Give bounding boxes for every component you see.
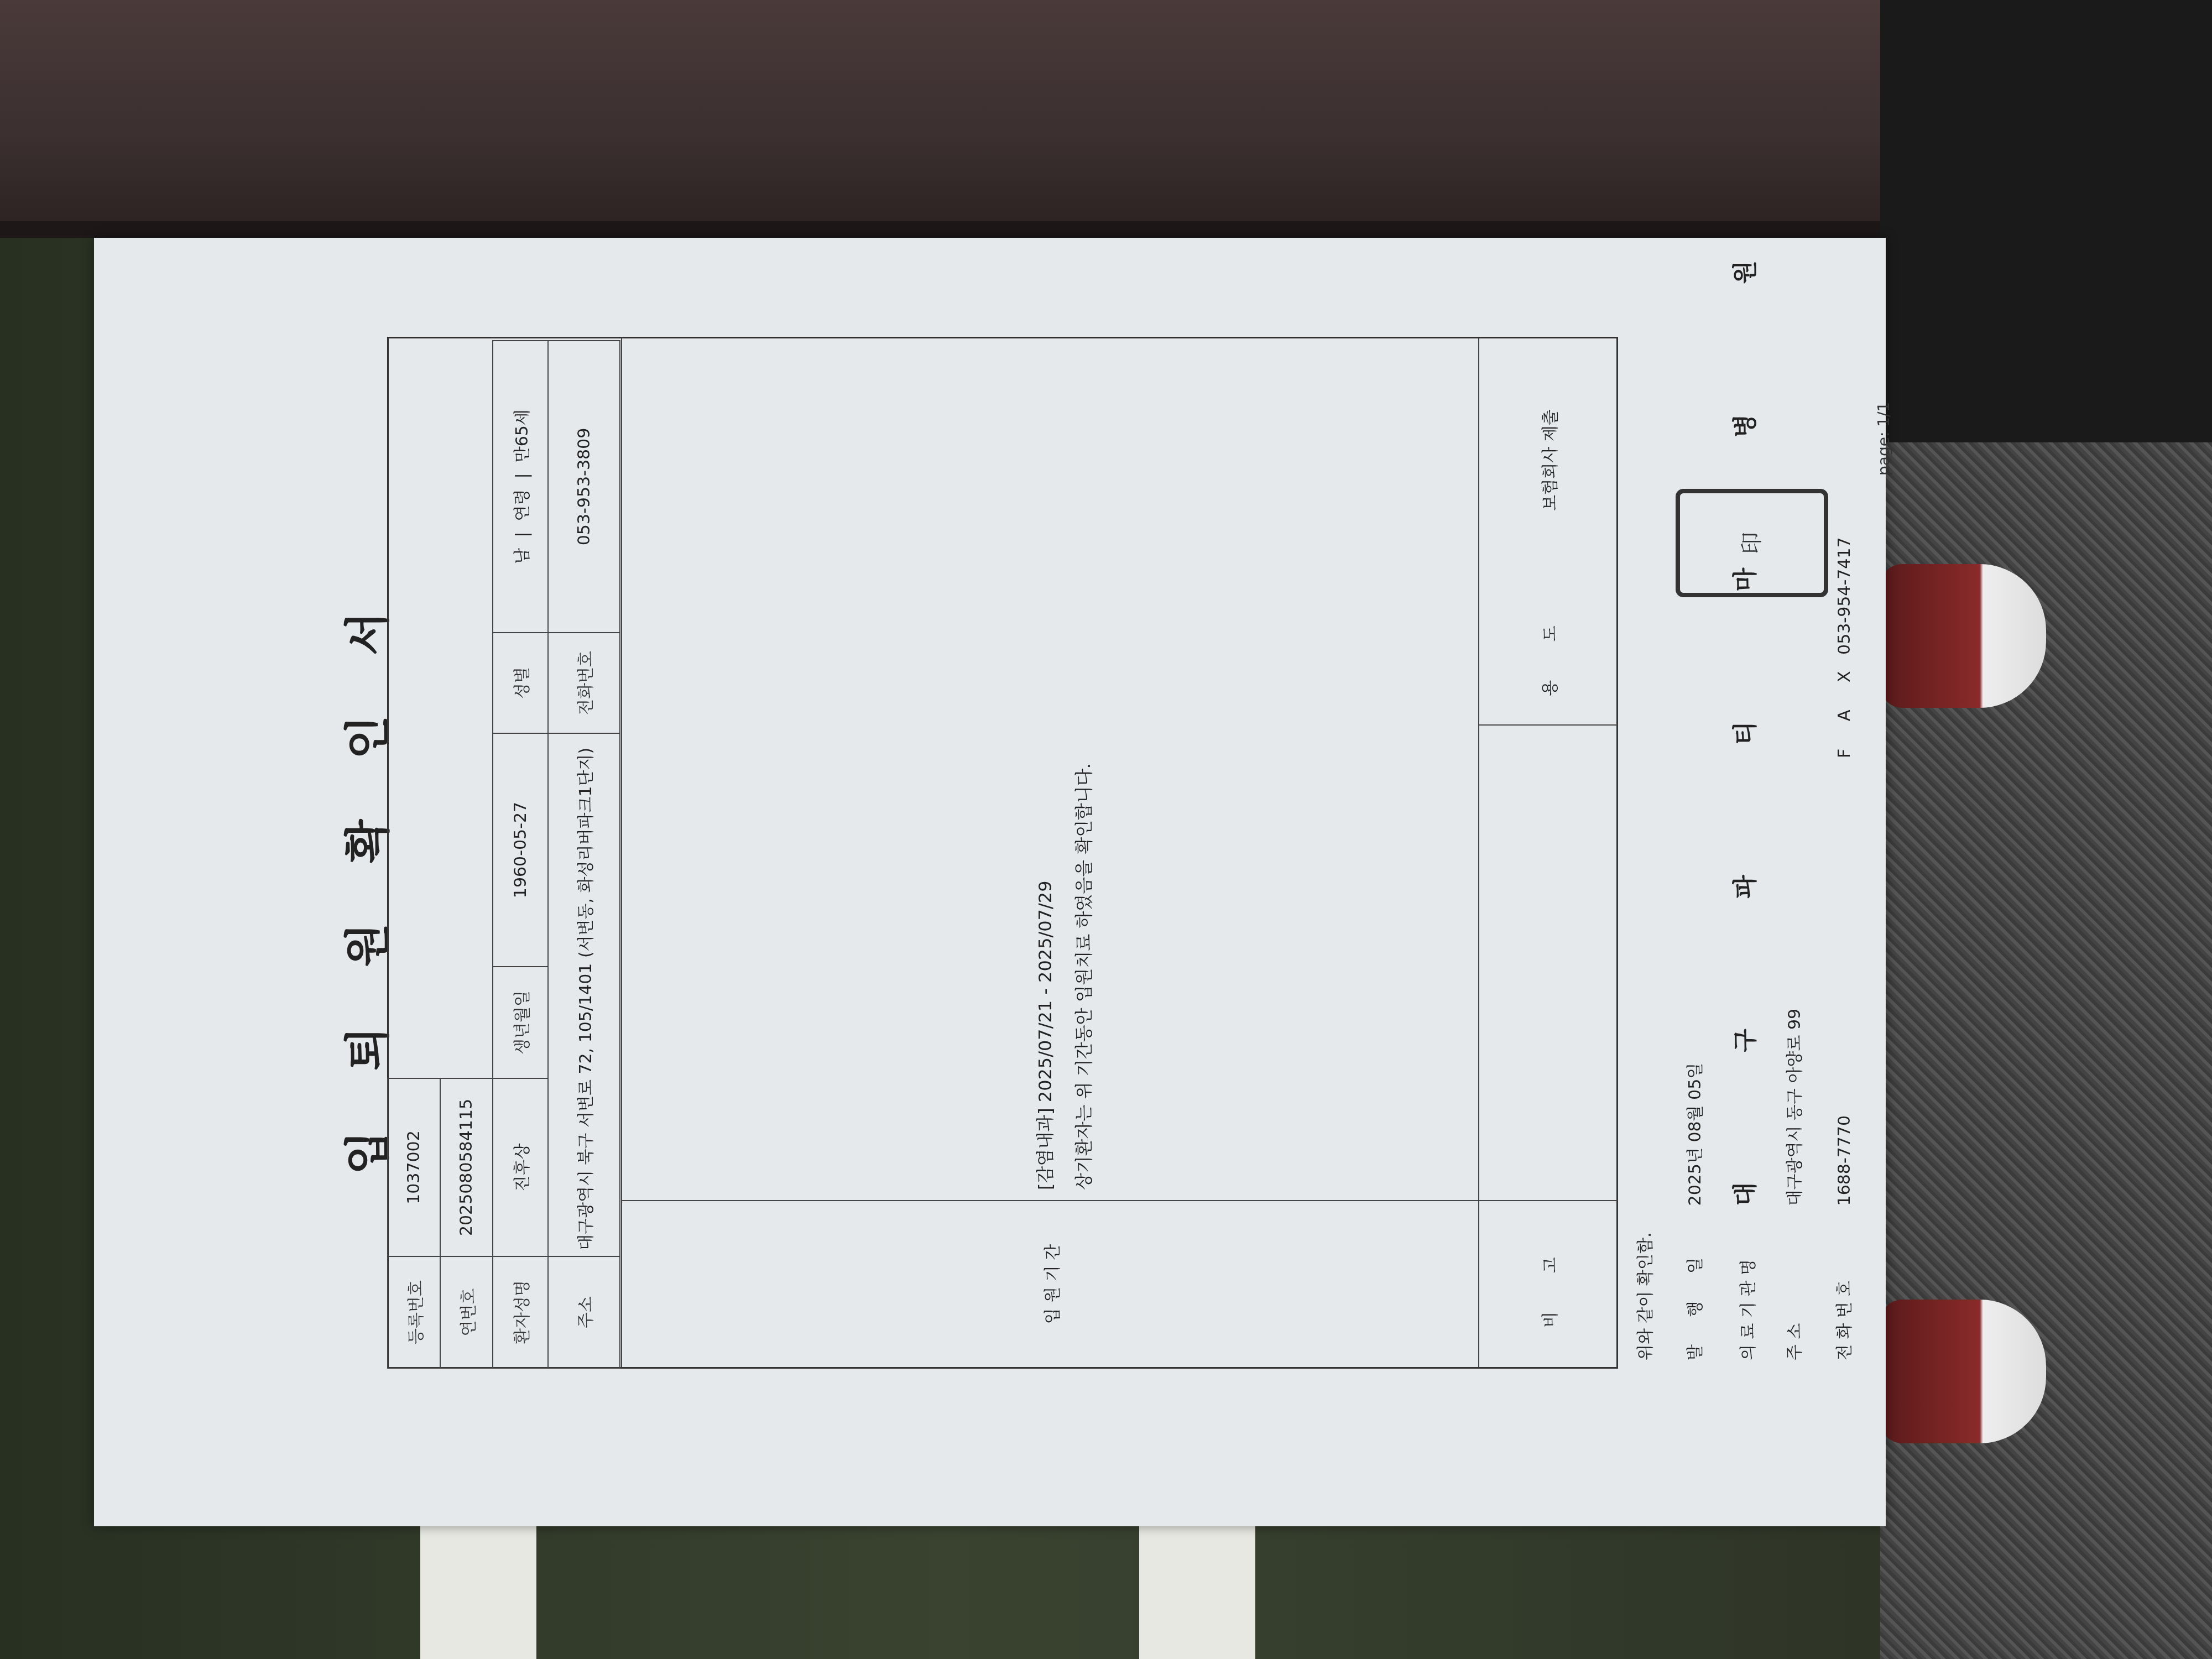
confirm-text: 위와 같이 확인함. [1631, 1233, 1656, 1360]
document: 입 퇴 원 확 인 서 등록번호 1037002 연번호 20250805841… [94, 238, 1886, 1526]
birth-date: 1960-05-27 [493, 733, 548, 967]
institution-label: 의 료 기 관 명 [1734, 1211, 1759, 1360]
phone-label: 전화번호 [548, 633, 620, 733]
serial-no: 20250805841​15 [440, 1078, 493, 1256]
remarks-label: 비 고 [1479, 1200, 1618, 1367]
footer-address-label: 주 소 [1781, 1211, 1805, 1360]
footer-phone: 1688-7770 [1835, 763, 1854, 1206]
use-label: 용 도 [1479, 581, 1618, 726]
footer-address: 대구광역시 동구 아양로 99 [1785, 1009, 1804, 1206]
admission-statement: 상기환자는 위 기간동안 입원치료 하였음을 확인합니다. [1065, 763, 1103, 1190]
desk-surface [0, 0, 1891, 232]
admission-period: [감염내과] 2025/07/21 - 2025/07/29 [1026, 763, 1065, 1190]
address: 대구광역시 북구 서변로 72, 105/1401 (서변동, 화성리버파크1단… [548, 733, 620, 1256]
institution-name: 대 구 파 티 마 병 원 [1731, 200, 1760, 1206]
issue-date-label: 발 행 일 [1681, 1211, 1705, 1360]
birth-label: 생년월일 [493, 967, 548, 1078]
serial-no-label: 연번호 [440, 1256, 493, 1368]
use-value: 보험회사 제출 [1479, 338, 1618, 582]
admission-period-row: 입 원 기 간 [감염내과] 2025/07/21 - 2025/07/29 상… [621, 338, 1479, 1367]
address-label: 주소 [548, 1256, 620, 1368]
document-paper: 입 퇴 원 확 인 서 등록번호 1037002 연번호 20250805841… [94, 238, 1886, 1526]
background-dark [1880, 0, 2212, 453]
sex: 남 [513, 548, 532, 564]
age-label: 연령 [513, 489, 532, 521]
fax-label: F A X [1835, 660, 1854, 758]
desk-edge [0, 221, 1891, 238]
shoe [1880, 1300, 2046, 1443]
shoe [1880, 564, 2046, 708]
registration-no-label: 등록번호 [388, 1256, 440, 1368]
phone: 053-953-3809 [548, 341, 620, 633]
remarks-row: 비 고 용 도 보험회사 제출 [1478, 338, 1618, 1367]
page-indicator: page: 1/1 [1875, 402, 1893, 476]
footer-phone-label: 전 화 번 호 [1830, 1211, 1855, 1360]
hospital-seal-icon: 印 [1676, 489, 1828, 597]
fax: 053-954-7417 [1835, 537, 1854, 655]
registration-no: 1037002 [388, 1078, 440, 1256]
document-frame: 등록번호 1037002 연번호 20250805841​15 환자성명 진후상… [387, 337, 1618, 1369]
age: 만65세 [513, 409, 532, 462]
patient-name: 진후상 [493, 1078, 548, 1256]
patient-info-table: 등록번호 1037002 연번호 20250805841​15 환자성명 진후상… [387, 340, 620, 1369]
issue-date: 2025년 08월 05일 [1686, 1063, 1705, 1206]
patient-name-label: 환자성명 [493, 1256, 548, 1368]
admission-period-label: 입 원 기 간 [622, 1200, 1479, 1367]
sex-label: 성별 [493, 633, 548, 733]
